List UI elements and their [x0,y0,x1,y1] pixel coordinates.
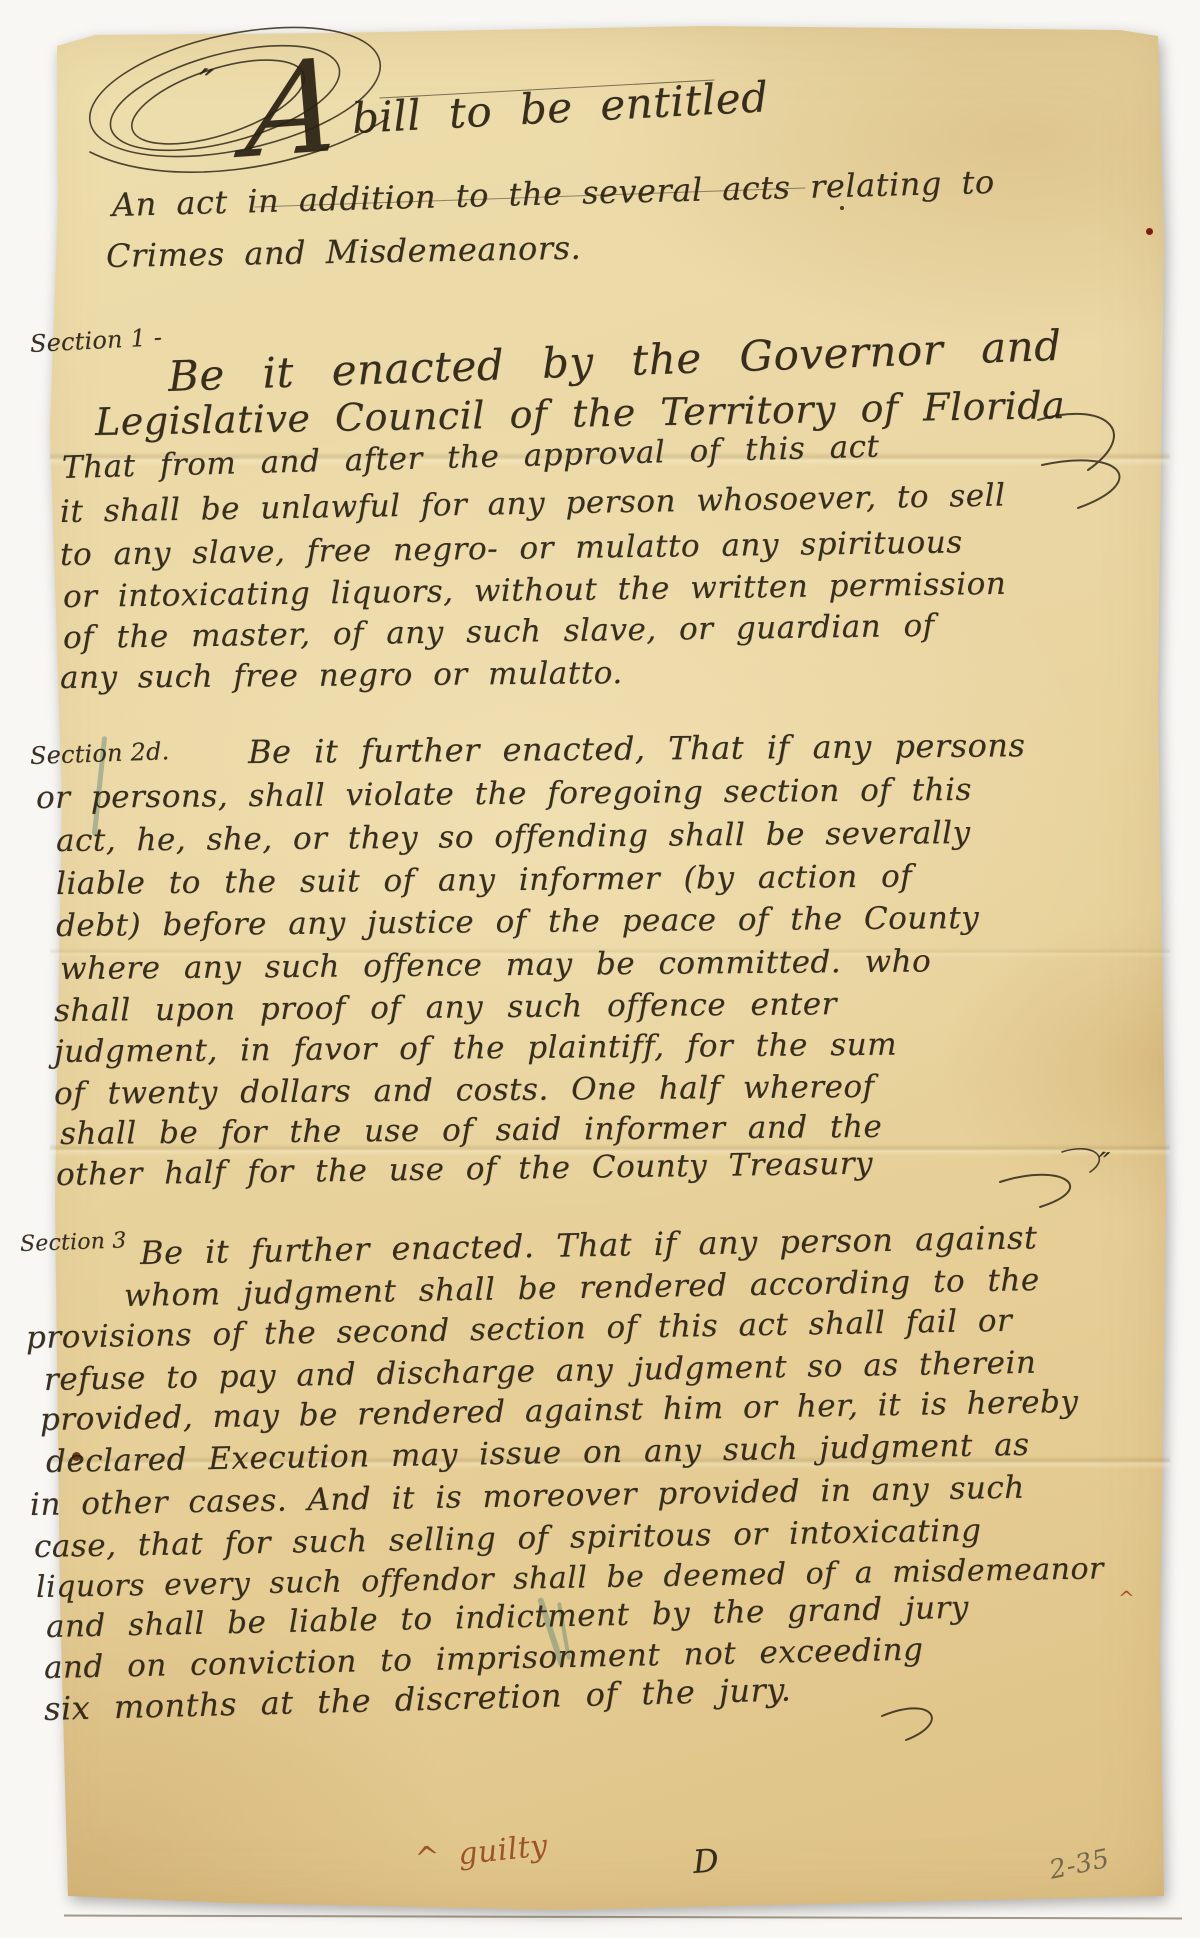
manuscript-line: where any such offence may be committed.… [60,943,931,987]
manuscript-line: judgment, in favor of the plaintiff, for… [54,1027,897,1070]
insertion-caret-mark: ^ [1118,1586,1135,1610]
scanned-manuscript-page: ″ A bill to be entitled An act in additi… [0,0,1200,1938]
manuscript-line: any such free negro or mulatto. [60,655,623,696]
manuscript-line: shall upon proof of any such offence ent… [54,986,837,1029]
section-opening-line: Be it further enacted, That if any perso… [248,726,1026,771]
manuscript-line: shall be for the use of said informer an… [60,1109,883,1152]
manuscript-line: of twenty dollars and costs. One half wh… [54,1069,875,1112]
ink-dot [1146,228,1153,235]
ink-dot [840,206,844,210]
section-label: Section 3 [20,1228,127,1257]
clerk-mark: D [692,1841,721,1881]
title-drop-cap: A [240,31,349,188]
section-label: Section 2d. [30,737,170,770]
manuscript-line: liable to the suit of any informer (by a… [56,859,912,902]
